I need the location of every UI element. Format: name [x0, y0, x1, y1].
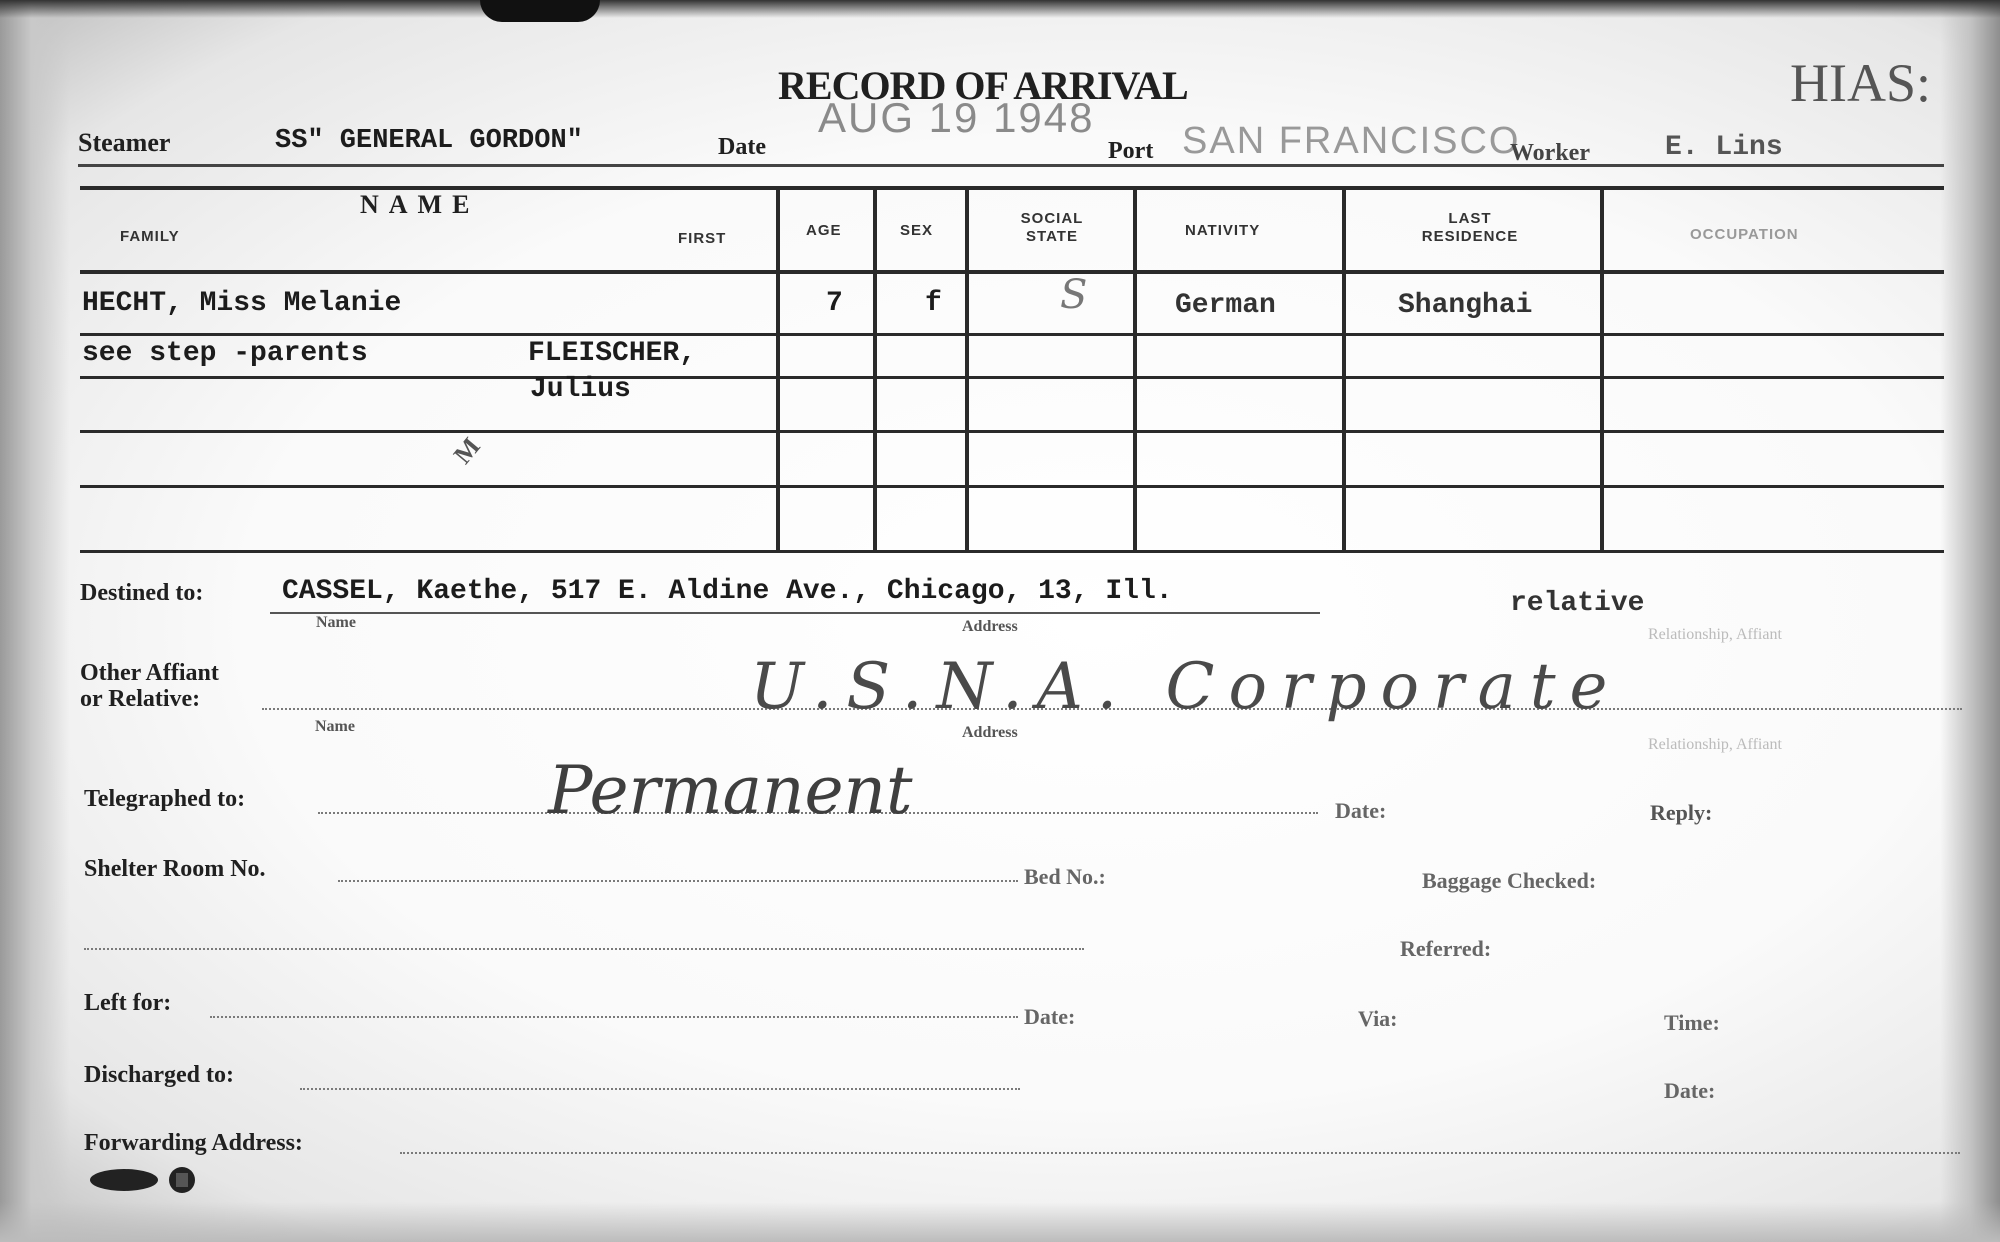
discharged-date-label: Date: — [1664, 1078, 1715, 1104]
row-rule-1 — [80, 333, 1944, 336]
left-for-label: Left for: — [84, 990, 171, 1017]
col-header-first: FIRST — [678, 230, 726, 247]
destined-relationship-caption: Relationship, Affiant — [1648, 626, 1782, 644]
port-value: SAN FRANCISCO — [1182, 120, 1520, 163]
destined-value: CASSEL, Kaethe, 517 E. Aldine Ave., Chic… — [282, 576, 1173, 607]
destined-name-caption: Name — [316, 614, 356, 632]
row1-sex: f — [925, 288, 942, 319]
discharged-label: Discharged to: — [84, 1062, 234, 1089]
row1-age: 7 — [826, 288, 843, 319]
table-bottom-rule — [80, 550, 1944, 553]
other-affiant-label-line1: Other Affiant — [80, 660, 219, 686]
discharged-rule — [300, 1088, 1020, 1090]
shelter-room-rule — [338, 880, 1018, 882]
col-header-occupation: OCCUPATION — [1690, 226, 1799, 243]
row-rule-2 — [80, 376, 1944, 379]
forwarding-address-rule — [400, 1152, 1960, 1154]
telegraphed-date-label: Date: — [1335, 798, 1386, 824]
referred-label: Referred: — [1400, 936, 1491, 962]
left-for-date-label: Date: — [1024, 1004, 1075, 1030]
col-divider-sex — [965, 186, 969, 552]
row-rule-4 — [80, 485, 1944, 488]
col-divider-residence — [1600, 186, 1604, 552]
row3-first: Julius — [530, 374, 631, 405]
left-for-via-label: Via: — [1358, 1006, 1398, 1032]
other-affiant-relationship-caption: Relationship, Affiant — [1648, 736, 1782, 754]
other-affiant-address-caption: Address — [962, 724, 1018, 742]
paper-tear — [480, 0, 600, 22]
col-header-nativity: NATIVITY — [1185, 222, 1260, 239]
bed-no-label: Bed No.: — [1024, 864, 1106, 890]
row2-first: FLEISCHER, — [528, 338, 696, 369]
row1-family: HECHT, Miss Melanie — [82, 288, 401, 319]
row1-last-residence: Shanghai — [1398, 290, 1532, 321]
left-for-rule — [210, 1016, 1018, 1018]
col-divider-name — [776, 186, 780, 552]
col-divider-age — [873, 186, 877, 552]
org-label: HIAS: — [1790, 52, 1931, 114]
col-divider-nativity — [1342, 186, 1346, 552]
table-header-rule — [80, 270, 1944, 274]
shelter-room-label: Shelter Room No. — [84, 856, 266, 883]
port-label: Port — [1108, 138, 1153, 165]
col-divider-social — [1133, 186, 1137, 552]
union-label-icon — [88, 1166, 204, 1194]
destined-rule — [270, 612, 1320, 614]
date-label: Date — [718, 134, 766, 161]
row2-family-note: see step -parents — [82, 338, 368, 369]
col-header-social-state: SOCIAL STATE — [1008, 210, 1096, 246]
record-card: RECORD OF ARRIVAL HIAS: Steamer SS" GENE… — [0, 0, 2000, 1242]
baggage-checked-label: Baggage Checked: — [1422, 868, 1596, 894]
other-affiant-name-caption: Name — [315, 718, 355, 736]
row-rule-3 — [80, 430, 1944, 433]
row1-social-state: S — [1060, 272, 1087, 318]
margin-mark: M — [448, 432, 487, 470]
date-stamp: AUG 19 1948 — [818, 94, 1095, 142]
col-header-sex: SEX — [900, 222, 933, 239]
scan-edge-top — [0, 0, 2000, 18]
telegraphed-label: Telegraphed to: — [84, 786, 245, 813]
telegraphed-value: Permanent — [548, 752, 913, 829]
other-affiant-label-line2: or Relative: — [80, 686, 219, 712]
destined-address-caption: Address — [962, 618, 1018, 636]
scan-edge-left — [0, 0, 70, 1242]
worker-value: E. Lins — [1665, 132, 1783, 163]
row1-nativity: German — [1175, 290, 1276, 321]
blank-rule — [84, 948, 1084, 950]
telegraphed-reply-label: Reply: — [1650, 800, 1712, 826]
left-for-time-label: Time: — [1664, 1010, 1720, 1036]
steamer-label: Steamer — [78, 128, 170, 158]
name-group-header: NAME — [360, 190, 479, 220]
other-affiant-label: Other Affiant or Relative: — [80, 660, 219, 712]
col-header-last-residence: LAST RESIDENCE — [1405, 210, 1535, 246]
destined-relationship-value: relative — [1510, 588, 1644, 619]
col-header-family: FAMILY — [120, 228, 180, 245]
header-rule — [78, 164, 1944, 167]
scan-edge-right — [1940, 0, 2000, 1242]
steamer-value: SS" GENERAL GORDON" — [275, 126, 583, 156]
col-header-age: AGE — [806, 222, 842, 239]
forwarding-address-label: Forwarding Address: — [84, 1130, 303, 1157]
worker-label: Worker — [1510, 140, 1590, 167]
scan-edge-bottom — [0, 1202, 2000, 1242]
destined-label: Destined to: — [80, 580, 203, 607]
other-affiant-value: U.S.N.A. Corporate — [750, 650, 1621, 724]
